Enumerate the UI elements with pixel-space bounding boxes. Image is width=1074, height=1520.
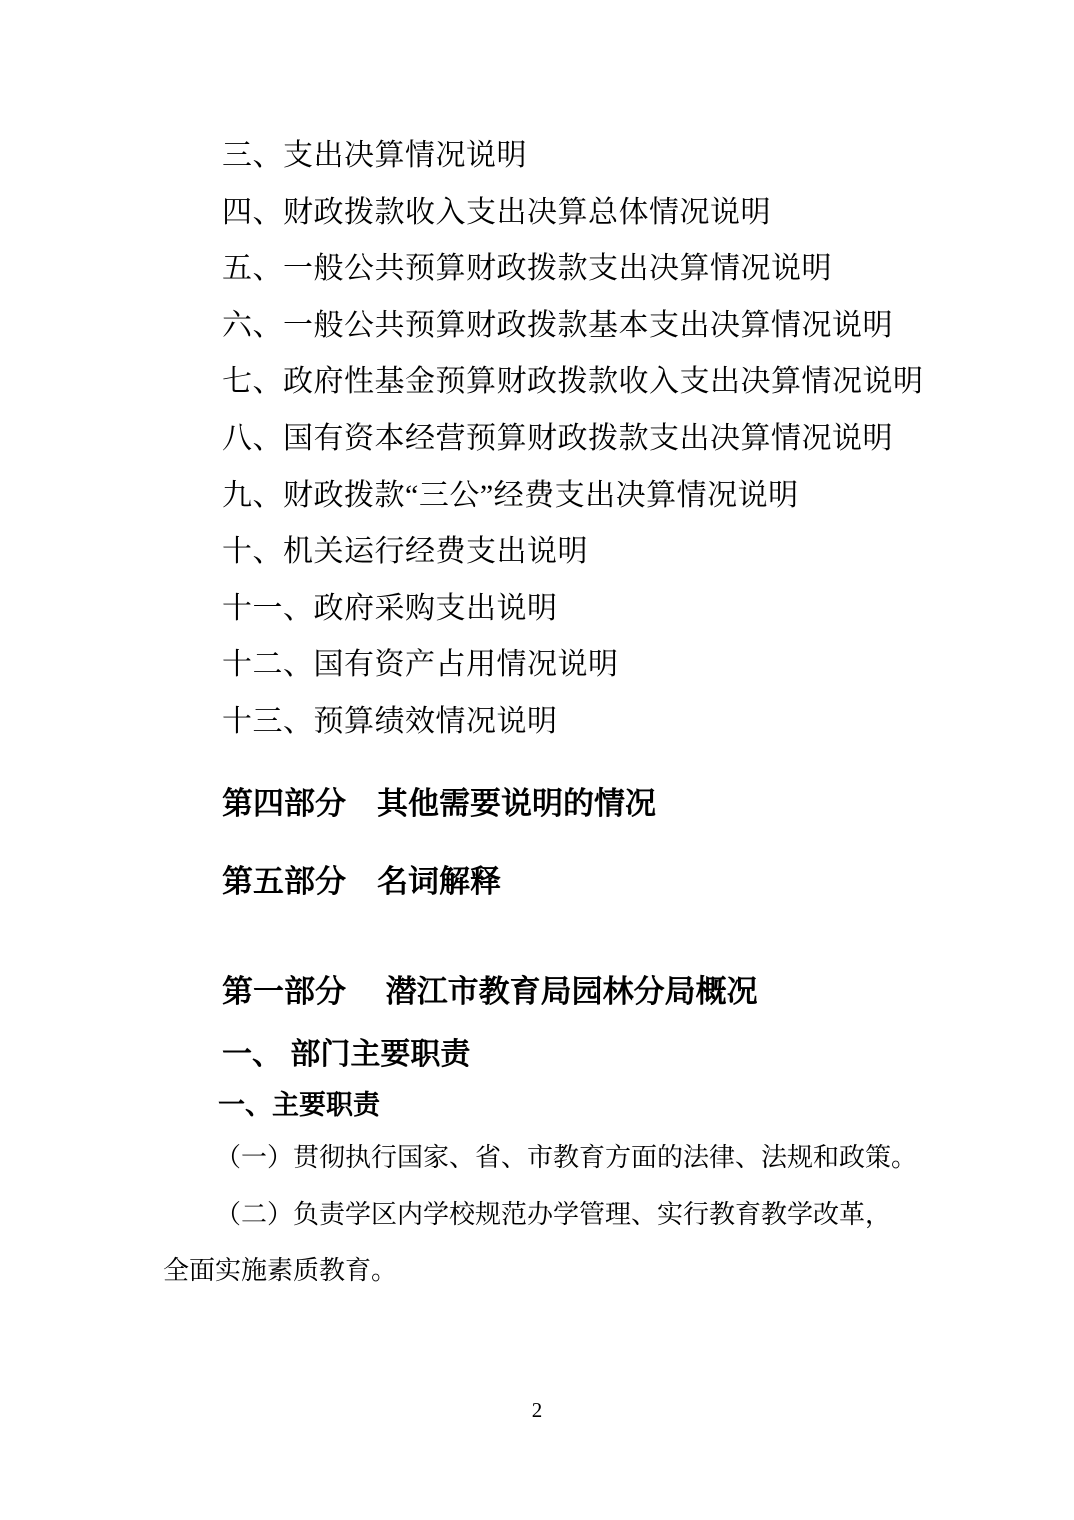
toc-item-5: 五、一般公共预算财政拨款支出决算情况说明 [222,241,924,298]
toc-item-8: 八、国有资本经营预算财政拨款支出决算情况说明 [222,411,924,468]
section-heading-part5: 第五部分 名词解释 [222,853,501,910]
paragraph-line-2: （二）负责学区内学校规范办学管理、实行教育教学改革， [163,1187,917,1244]
toc-item-11: 十一、政府采购支出说明 [222,581,924,638]
page-number: 2 [0,1398,1074,1423]
paragraph-line-3: 全面实施素质教育。 [163,1243,917,1300]
paragraph-line-1: （一）贯彻执行国家、省、市教育方面的法律、法规和政策。 [163,1130,917,1187]
table-of-contents: 三、支出决算情况说明 四、财政拨款收入支出决算总体情况说明 五、一般公共预算财政… [222,128,924,751]
heading-department-duties: 一、 部门主要职责 [222,1026,470,1083]
section-heading-part1: 第一部分 潜江市教育局园林分局概况 [222,963,758,1020]
document-page: 三、支出决算情况说明 四、财政拨款收入支出决算总体情况说明 五、一般公共预算财政… [0,0,1074,1520]
toc-item-9: 九、财政拨款“三公”经费支出决算情况说明 [222,468,924,525]
toc-item-7: 七、政府性基金预算财政拨款收入支出决算情况说明 [222,354,924,411]
subheading-main-duties: 一、主要职责 [218,1077,380,1134]
toc-item-6: 六、一般公共预算财政拨款基本支出决算情况说明 [222,298,924,355]
toc-item-10: 十、机关运行经费支出说明 [222,524,924,581]
toc-item-13: 十三、预算绩效情况说明 [222,694,924,751]
toc-item-3: 三、支出决算情况说明 [222,128,924,185]
toc-item-12: 十二、国有资产占用情况说明 [222,637,924,694]
body-paragraphs: （一）贯彻执行国家、省、市教育方面的法律、法规和政策。 （二）负责学区内学校规范… [163,1130,917,1300]
toc-item-4: 四、财政拨款收入支出决算总体情况说明 [222,185,924,242]
section-heading-part4: 第四部分 其他需要说明的情况 [222,775,656,832]
